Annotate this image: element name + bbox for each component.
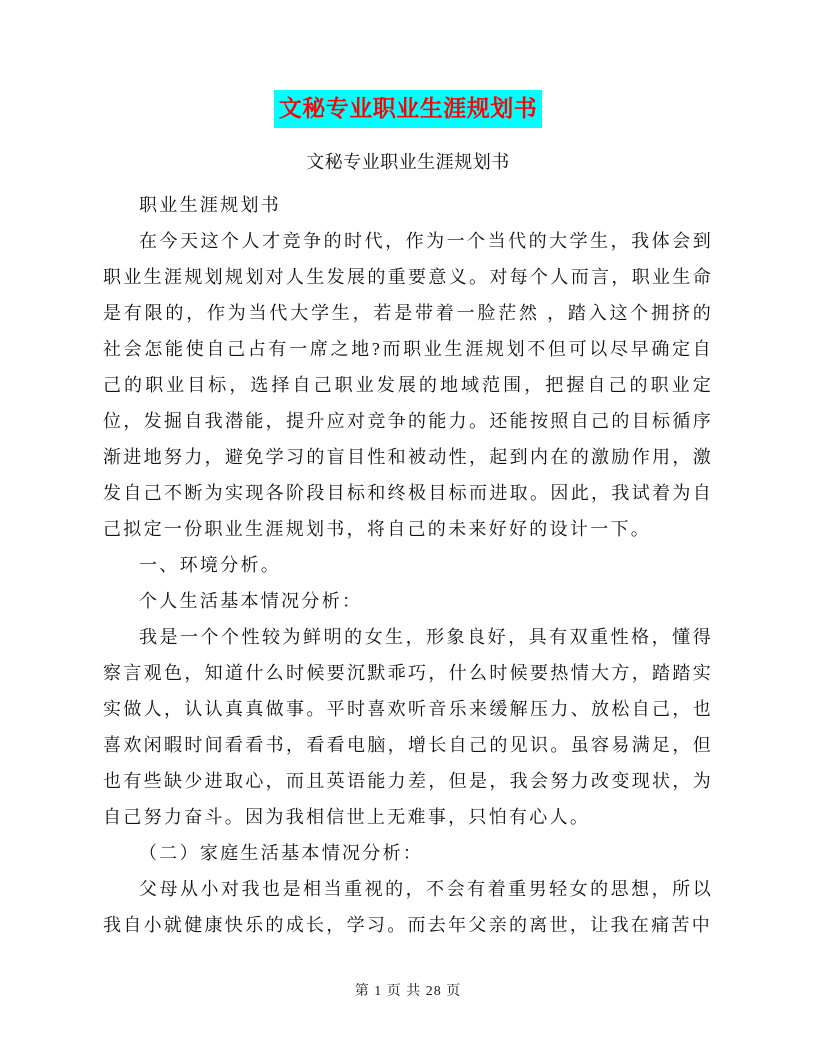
document-body: 职业生涯规划书在今天这个人才竞争的时代，作为一个当代的大学生，我体会到职业生涯规… — [103, 187, 713, 943]
page-number-text: 第 1 页 共 28 页 — [355, 984, 462, 999]
paragraph: （二）家庭生活基本情况分析： — [103, 835, 713, 871]
document-page: 文秘专业职业生涯规划书 文秘专业职业生涯规划书 职业生涯规划书在今天这个人才竞争… — [0, 0, 816, 1056]
paragraph: 父母从小对我也是相当重视的，不会有着重男轻女的思想，所以我自小就健康快乐的成长，… — [103, 871, 713, 943]
title-highlight: 文秘专业职业生涯规划书 — [274, 90, 543, 128]
paragraph: 一、环境分析。 — [103, 547, 713, 583]
paragraph: 在今天这个人才竞争的时代，作为一个当代的大学生，我体会到职业生涯规划规划对人生发… — [103, 223, 713, 547]
document-title: 文秘专业职业生涯规划书 — [0, 0, 816, 128]
paragraph: 个人生活基本情况分析： — [103, 583, 713, 619]
paragraph: 我是一个个性较为鲜明的女生，形象良好，具有双重性格，懂得察言观色，知道什么时候要… — [103, 619, 713, 835]
paragraph: 职业生涯规划书 — [103, 187, 713, 223]
document-subtitle: 文秘专业职业生涯规划书 — [0, 144, 816, 180]
page-footer: 第 1 页 共 28 页 — [0, 980, 816, 1000]
